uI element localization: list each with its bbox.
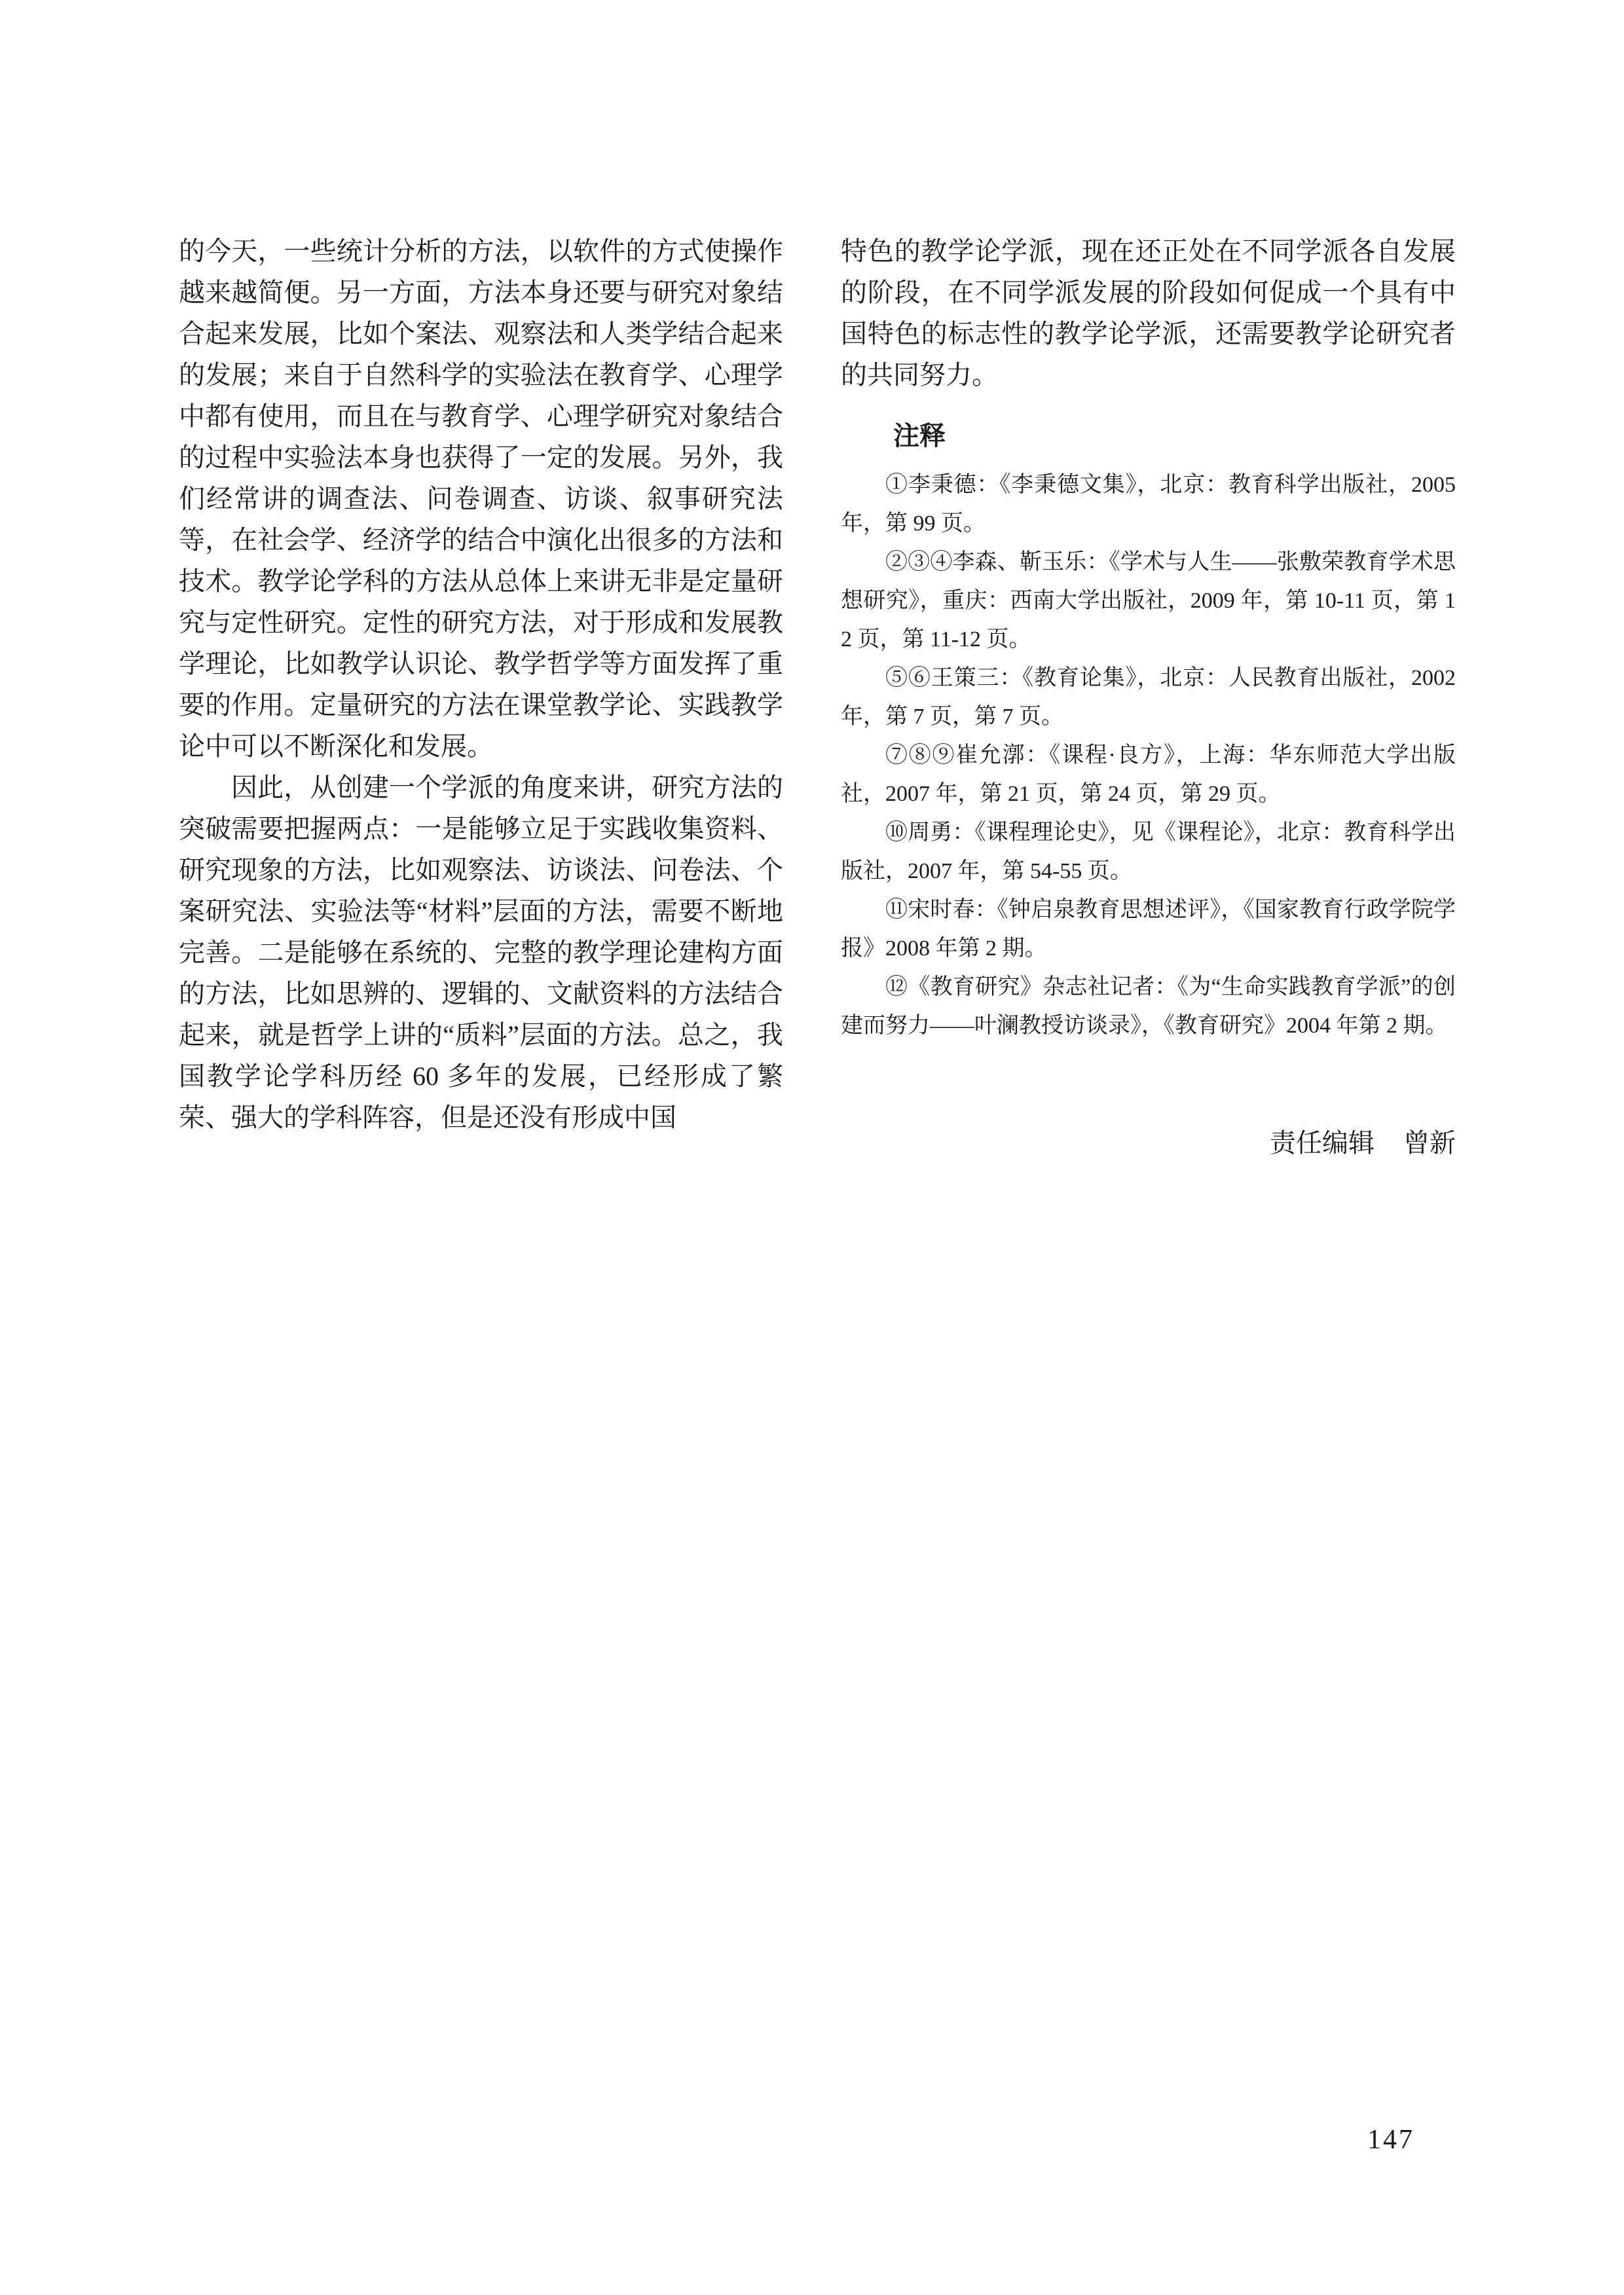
right-column: 特色的教学论学派，现在还正处在不同学派各自发展的阶段，在不同学派发展的阶段如何促… xyxy=(841,230,1456,1164)
note-item: ②③④李森、靳玉乐：《学术与人生——张敷荣教育学术思想研究》，重庆：西南大学出版… xyxy=(841,543,1456,659)
editor-name: 曾新 xyxy=(1403,1128,1456,1158)
body-paragraph-continued: 的今天，一些统计分析的方法，以软件的方式使操作越来越简便。另一方面，方法本身还要… xyxy=(179,230,783,767)
note-item: ⑦⑧⑨崔允漷：《课程·良方》，上海：华东师范大学出版社，2007 年，第 21 … xyxy=(841,736,1456,813)
editor-line: 责任编辑曾新 xyxy=(841,1122,1456,1164)
note-item: ①李秉德：《李秉德文集》，北京：教育科学出版社，2005 年，第 99 页。 xyxy=(841,466,1456,543)
body-paragraph-continued: 特色的教学论学派，现在还正处在不同学派各自发展的阶段，在不同学派发展的阶段如何促… xyxy=(841,230,1456,395)
page-number: 147 xyxy=(1367,2124,1414,2156)
note-item: ⑫《教育研究》杂志社记者：《为“生命实践教育学派”的创建而努力——叶澜教授访谈录… xyxy=(841,968,1456,1045)
note-item: ⑪宋时春：《钟启泉教育思想述评》，《国家教育行政学院学报》2008 年第 2 期… xyxy=(841,890,1456,968)
notes-list: ①李秉德：《李秉德文集》，北京：教育科学出版社，2005 年，第 99 页。 ②… xyxy=(841,466,1456,1045)
note-item: ⑩周勇：《课程理论史》，见《课程论》，北京：教育科学出版社，2007 年，第 5… xyxy=(841,813,1456,890)
notes-heading: 注释 xyxy=(841,415,1456,456)
body-paragraph: 因此，从创建一个学派的角度来讲，研究方法的突破需要把握两点：一是能够立足于实践收… xyxy=(179,767,783,1138)
note-item: ⑤⑥王策三：《教育论集》，北京：人民教育出版社，2002 年，第 7 页，第 7… xyxy=(841,659,1456,736)
editor-label: 责任编辑 xyxy=(1270,1128,1375,1158)
journal-page: 的今天，一些统计分析的方法，以软件的方式使操作越来越简便。另一方面，方法本身还要… xyxy=(0,0,1624,2295)
left-column: 的今天，一些统计分析的方法，以软件的方式使操作越来越简便。另一方面，方法本身还要… xyxy=(179,230,783,1138)
